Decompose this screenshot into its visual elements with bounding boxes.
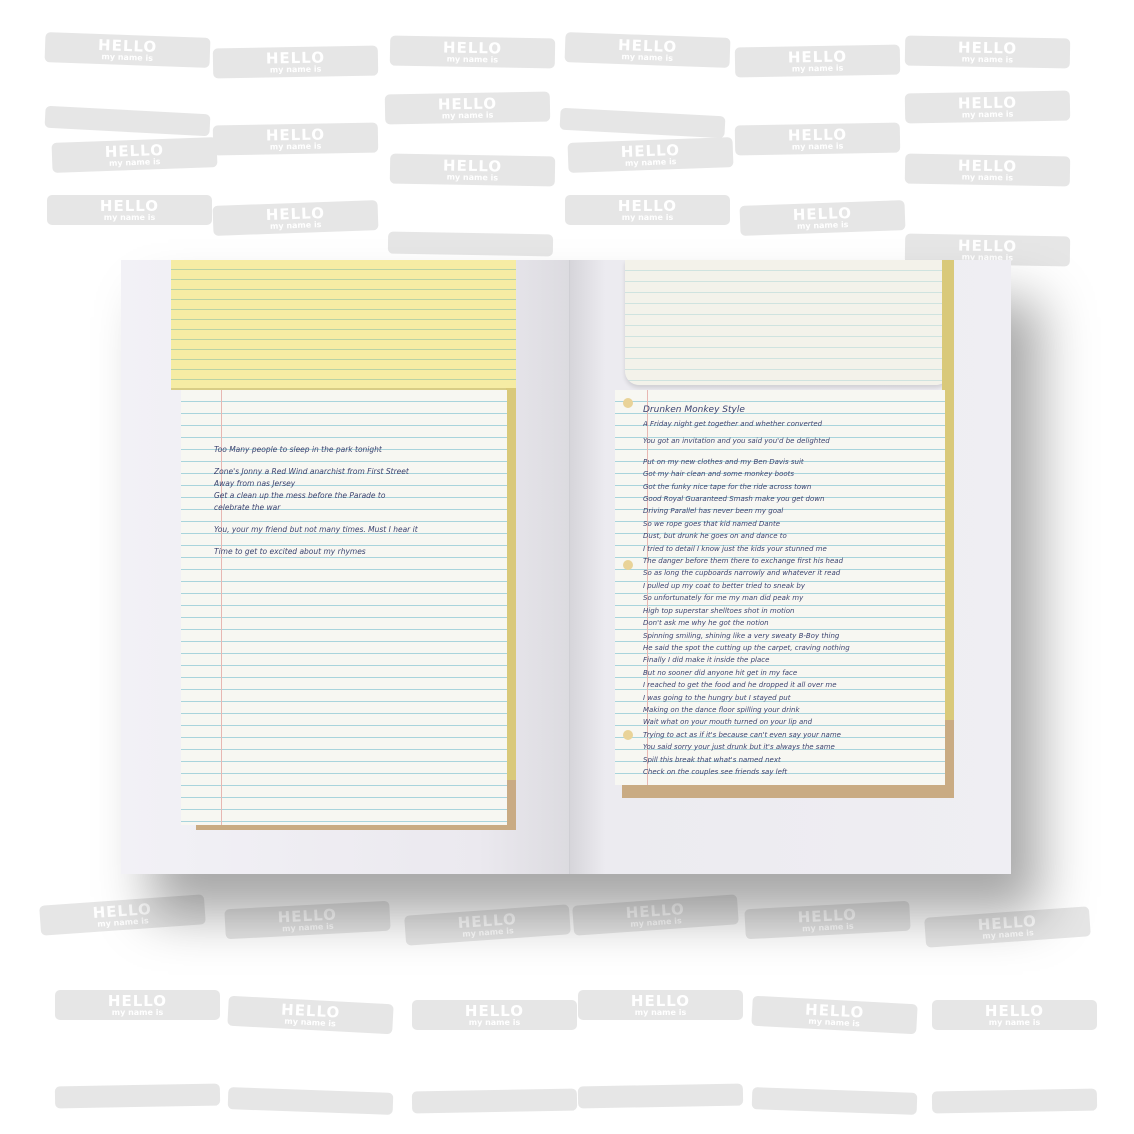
handwritten-line: Finally I did make it inside the place [643,654,938,666]
sticker-subtitle-text: my name is [989,1018,1040,1027]
sticker-subtitle-text: my name is [792,63,844,73]
handwritten-line: But no sooner did anyone hit get in my f… [643,667,938,679]
sticker-logo-strip [45,106,211,137]
sticker-subtitle-text: my name is [101,52,153,63]
hello-name-sticker: HELLOmy name is [412,1000,577,1030]
handwritten-line: Put on my new clothes and my Ben Davis s… [643,456,938,468]
sticker-subtitle-text: my name is [447,54,499,64]
left-book-page: Too Many people to sleep in the park ton… [121,260,569,874]
handwritten-line: Wait what on your mouth turned on your l… [643,716,938,728]
sticker-hello-text: HELLO [465,1004,524,1018]
handwritten-line: Dust, but drunk he goes on and dance to [643,530,938,542]
hello-name-sticker: HELLOmy name is [404,904,571,945]
sticker-logo-strip [578,1084,743,1109]
sticker-subtitle-text: my name is [797,220,849,231]
sticker-subtitle-text: my name is [282,921,334,933]
sticker-subtitle-text: my name is [442,110,494,120]
hello-name-sticker: HELLOmy name is [390,154,555,187]
sticker-subtitle-text: my name is [808,1016,860,1028]
hello-name-sticker: HELLOmy name is [932,1000,1097,1030]
sticker-subtitle-text: my name is [469,1018,520,1027]
hello-name-sticker: HELLOmy name is [47,195,212,225]
sticker-subtitle-text: my name is [802,921,854,933]
handwritten-line: I was going to the hungry but I stayed p… [643,692,938,704]
sticker-hello-text: HELLO [985,1004,1044,1018]
pad-spine-left [506,388,516,828]
sticker-subtitle-text: my name is [104,213,155,222]
sticker-subtitle-text: my name is [284,1016,336,1028]
sticker-subtitle-text: my name is [621,52,673,63]
folded-yellow-sheets [171,260,516,390]
sticker-subtitle-text: my name is [270,220,322,231]
right-page-handwriting: Drunken Monkey Style A Friday night get … [643,402,938,778]
sticker-hello-text: HELLO [266,127,325,142]
sticker-logo-strip [412,1089,577,1114]
sticker-subtitle-text: my name is [270,141,322,151]
hello-name-sticker: HELLOmy name is [227,996,393,1035]
hello-name-sticker: HELLOmy name is [213,200,379,236]
handwritten-line: Got the funky nice tape for the ride acr… [643,481,938,493]
sticker-hello-text: HELLO [958,40,1017,55]
sticker-hello-text: HELLO [266,50,325,65]
handwritten-line: Check on the couples see friends say lef… [643,766,938,778]
sticker-hello-text: HELLO [958,95,1017,110]
sticker-subtitle-text: my name is [962,54,1014,64]
handwritten-line: Got my hair clean and some monkey boots [643,468,938,480]
sticker-logo-strip [932,1089,1097,1114]
hello-name-sticker: HELLOmy name is [390,36,555,69]
hello-name-sticker: HELLOmy name is [905,36,1070,69]
handwritten-line: Get a clean up the mess before the Parad… [214,490,499,502]
handwritten-line: You, your my friend but not many times. … [214,524,499,536]
right-notebook-sheet: Drunken Monkey Style A Friday night get … [615,390,945,785]
handwritten-line: Spinning smiling, shining like a very sw… [643,630,938,642]
sticker-logo-strip [388,232,553,257]
sticker-hello-text: HELLO [618,199,677,213]
sticker-logo-strip [228,1087,394,1115]
handwritten-line: So unfortunately for me my man did peak … [643,592,938,604]
sticker-hello-text: HELLO [631,994,690,1008]
handwritten-line: Don't ask me why he got the notion [643,617,938,629]
sticker-hello-text: HELLO [958,158,1017,173]
sticker-logo-strip [752,1087,918,1115]
hello-name-sticker: HELLOmy name is [735,123,900,156]
handwritten-line: I reached to get the food and he dropped… [643,679,938,691]
handwritten-line: You said sorry your just drunk but it's … [643,741,938,753]
handwritten-line: The danger before them there to exchange… [643,555,938,567]
punch-hole [623,560,633,570]
sticker-subtitle-text: my name is [270,64,322,74]
book-spread-photo: Too Many people to sleep in the park ton… [121,260,1010,874]
handwritten-line: So we rope goes that kid named Dante [643,518,938,530]
folded-white-sheets [625,260,950,385]
handwritten-line: Good Royal Guaranteed Smash make you get… [643,493,938,505]
handwritten-line: Time to get to excited about my rhymes [214,546,499,558]
hello-name-sticker: HELLOmy name is [385,92,550,125]
left-notebook-sheet: Too Many people to sleep in the park ton… [181,390,507,825]
hello-name-sticker: HELLOmy name is [578,990,743,1020]
sticker-subtitle-text: my name is [625,157,677,168]
sticker-subtitle-text: my name is [962,109,1014,119]
hello-name-sticker: HELLOmy name is [744,901,910,940]
sticker-hello-text: HELLO [443,158,502,173]
sticker-subtitle-text: my name is [447,172,499,182]
handwritten-line: celebrate the war [214,502,499,514]
handwritten-line: You got an invitation and you said you'd… [643,435,938,447]
punch-hole [623,730,633,740]
sticker-subtitle-text: my name is [109,157,161,168]
hello-name-sticker: HELLOmy name is [52,137,218,173]
sticker-hello-text: HELLO [788,49,847,64]
handwritten-line: I tried to detail I know just the kids y… [643,543,938,555]
hello-name-sticker: HELLOmy name is [55,990,220,1020]
hello-name-sticker: HELLOmy name is [740,200,906,236]
handwritten-line: High top superstar shelltoes shot in mot… [643,605,938,617]
sticker-logo-strip [55,1084,220,1109]
hello-name-sticker: HELLOmy name is [224,901,390,940]
handwritten-line: Away from nas Jersey [214,478,499,490]
hello-name-sticker: HELLOmy name is [735,45,900,78]
sticker-subtitle-text: my name is [112,1008,163,1017]
hello-name-sticker: HELLOmy name is [905,154,1070,187]
hello-name-sticker: HELLOmy name is [565,195,730,225]
hello-name-sticker: HELLOmy name is [39,894,206,935]
handwritten-line: So as long the cupboards narrowly and wh… [643,567,938,579]
sticker-logo-strip [560,108,726,139]
sticker-hello-text: HELLO [788,127,847,142]
sticker-subtitle-text: my name is [962,172,1014,182]
hello-name-sticker: HELLOmy name is [213,123,378,156]
handwritten-line: Spill this break that what's named next [643,754,938,766]
handwritten-line: Too Many people to sleep in the park ton… [214,444,499,456]
handwritten-line: A Friday night get together and whether … [643,418,938,430]
handwritten-line: Driving Parallel has never been my goal [643,505,938,517]
right-book-page: Drunken Monkey Style A Friday night get … [569,260,1011,874]
handwritten-line: Zone's Jonny a Red Wind anarchist from F… [214,466,499,478]
hello-name-sticker: HELLOmy name is [568,137,734,173]
hello-name-sticker: HELLOmy name is [905,91,1070,124]
sticker-hello-text: HELLO [438,96,497,111]
hello-name-sticker: HELLOmy name is [572,894,739,935]
handwritten-line: He said the spot the cutting up the carp… [643,642,938,654]
song-title: Drunken Monkey Style [643,402,938,418]
hello-name-sticker: HELLOmy name is [924,906,1091,947]
hello-name-sticker: HELLOmy name is [751,996,917,1035]
sticker-hello-text: HELLO [100,199,159,213]
hello-name-sticker: HELLOmy name is [565,32,731,68]
sticker-subtitle-text: my name is [635,1008,686,1017]
hello-name-sticker: HELLOmy name is [45,32,211,68]
handwritten-line: Making on the dance floor spilling your … [643,704,938,716]
sticker-subtitle-text: my name is [622,213,673,222]
sticker-hello-text: HELLO [108,994,167,1008]
punch-hole [623,398,633,408]
sticker-hello-text: HELLO [443,40,502,55]
left-page-handwriting: Too Many people to sleep in the park ton… [214,444,499,558]
handwritten-line: I pulled up my coat to better tried to s… [643,580,938,592]
handwritten-line: Trying to act as if it's because can't e… [643,729,938,741]
sticker-hello-text: HELLO [958,238,1017,253]
hello-name-sticker: HELLOmy name is [213,46,378,79]
sticker-subtitle-text: my name is [792,141,844,151]
